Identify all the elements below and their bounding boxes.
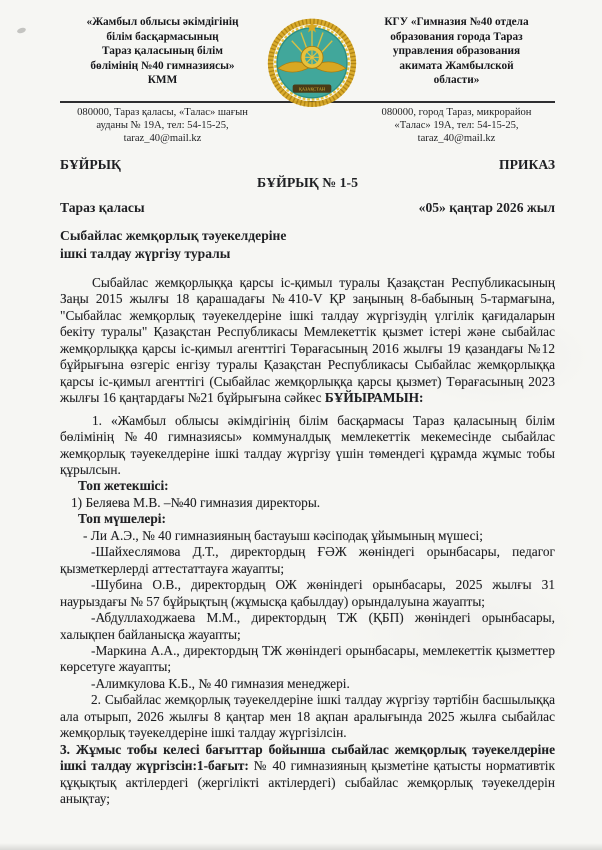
member-item: -Шубина О.В., директордың ОЖ жөніндегі о… [60,577,555,610]
city-date-row: Тараз қаласы «05» қаңтар 2026 жыл [60,200,555,216]
preamble-text: Сыбайлас жемқорлыққа қарсы іс-қимыл тура… [60,275,555,405]
order-number: БҰЙРЫҚ № 1-5 [60,175,555,191]
emblem-banner-text: ҚАЗАҚСТАН [298,86,325,91]
group-members-heading: Топ мүшелері: [60,511,555,527]
org-name-kazakh: «Жамбыл облысы әкімдігінің білім басқарм… [60,15,265,88]
group-leader-heading: Топ жетекшісі: [60,478,555,494]
order-point-3: 3. Жұмыс тобы келесі бағыттар бойынша сы… [60,742,555,808]
order-date: «05» қаңтар 2026 жыл [419,200,555,216]
order-subject: Сыбайлас жемқорлық тәуекелдеріне ішкі та… [60,227,555,263]
address-kazakh: 080000, Тараз қаласы, «Талас» шағын ауда… [60,106,265,145]
member-item: -Шайхеслямова Д.Т., директордың ҒӘЖ жөні… [60,544,555,577]
order-content: БҰЙРЫҚ ПРИКАЗ БҰЙРЫҚ № 1-5 Тараз қаласы … [60,157,555,808]
member-item: -Абдуллаходжаева М.М., директордың ТЖ (Қ… [60,610,555,643]
letterhead: «Жамбыл облысы әкімдігінің білім басқарм… [60,15,555,88]
resolve-word: БҰЙЫРАМЫН: [325,390,424,405]
order-type-row: БҰЙРЫҚ ПРИКАЗ [60,157,555,173]
order-point-1: 1. «Жамбыл облысы әкімдігінің білім басқ… [60,413,555,479]
order-body-text: Сыбайлас жемқорлыққа қарсы іс-қимыл тура… [60,275,555,808]
member-item: -Маркина А.А., директордың ТЖ жөніндегі … [60,643,555,676]
order-type-kazakh: БҰЙРЫҚ [60,157,121,173]
address-russian: 080000, город Тараз, микрорайон «Талас» … [358,106,555,145]
order-point-2: 2. Сыбайлас жемқорлық тәуекелдеріне ішкі… [60,692,555,741]
group-leader-item: 1) Беляева М.В. –№40 гимназия директоры. [60,495,555,511]
kazakhstan-emblem-icon: ҚАЗАҚСТАН [265,15,358,87]
preamble-paragraph: Сыбайлас жемқорлыққа қарсы іс-қимыл тура… [60,275,555,407]
org-name-russian: КГУ «Гимназия №40 отдела образования гор… [358,15,555,88]
member-item: - Ли А.Э., № 40 гимназияның бастауыш кәс… [60,528,555,544]
order-type-russian: ПРИКАЗ [499,157,555,173]
contacts-row: 080000, Тараз қаласы, «Талас» шағын ауда… [60,106,555,145]
order-city: Тараз қаласы [60,200,145,216]
scanned-order-document: «Жамбыл облысы әкімдігінің білім басқарм… [0,0,602,850]
member-item: -Алимкулова К.Б., № 40 гимназия менеджер… [60,676,555,692]
